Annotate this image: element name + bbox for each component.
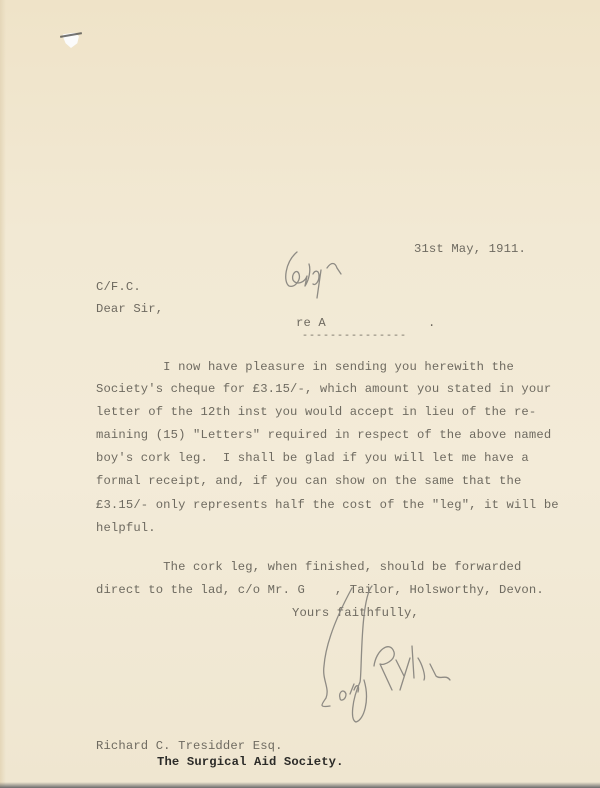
letter-date: 31st May, 1911. xyxy=(414,242,526,256)
signature-icon xyxy=(300,580,470,730)
recipient-name: Richard C. Tresidder Esq. xyxy=(96,739,283,753)
body-line-6: formal receipt, and, if you can show on … xyxy=(96,474,521,488)
body2-line-1: The cork leg, when finished, should be f… xyxy=(96,560,521,574)
re-underline: --------------- xyxy=(302,330,407,344)
recipient-organization: The Surgical Aid Society. xyxy=(157,755,344,769)
body-line-5: boy's cork leg. I shall be glad if you w… xyxy=(96,451,529,465)
re-dot: . xyxy=(428,316,435,330)
page-edge-shadow xyxy=(0,782,600,788)
re-line: re A xyxy=(296,316,326,330)
body-line-4: maining (15) "Letters" required in respe… xyxy=(96,428,551,442)
body-line-8: helpful. xyxy=(96,521,156,535)
body-line-3: letter of the 12th inst you would accept… xyxy=(96,405,536,419)
body-line-2: Society's cheque for £3.15/-, which amou… xyxy=(96,382,551,396)
body-line-1: I now have pleasure in sending you herew… xyxy=(96,360,514,374)
salutation: Dear Sir, xyxy=(96,302,163,316)
reference-code: C/F.C. xyxy=(96,280,141,294)
letter-page: 31st May, 1911. C/F.C. Dear Sir, re A . … xyxy=(0,0,600,788)
copy-annotation-icon xyxy=(275,240,385,300)
body-line-7: £3.15/- only represents half the cost of… xyxy=(96,498,559,512)
